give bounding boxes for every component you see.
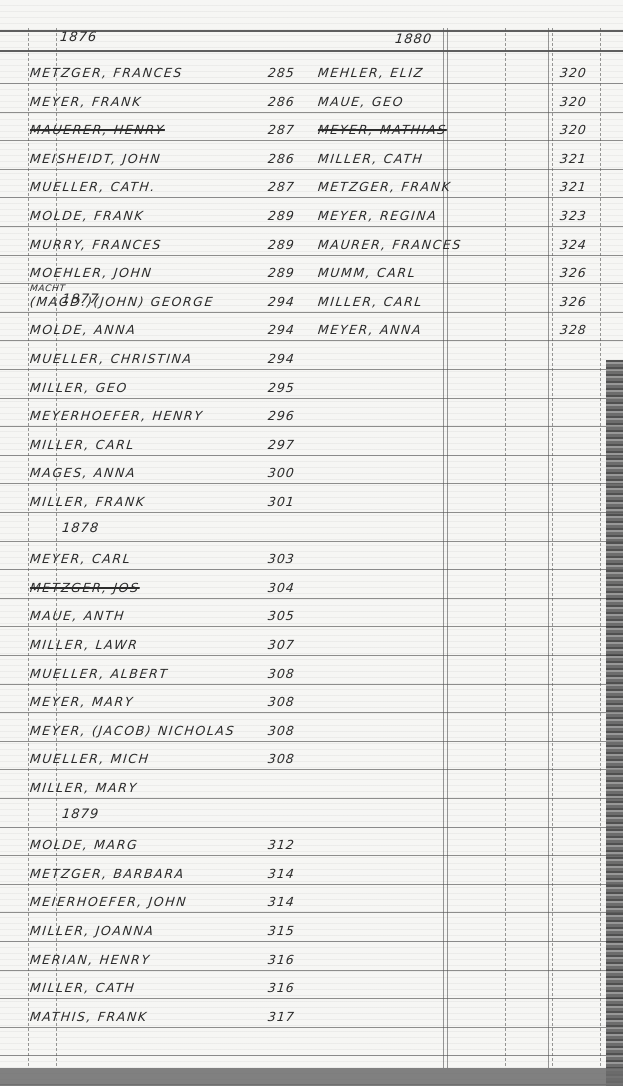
right-header-year: 1880 xyxy=(394,32,433,47)
entry-number: 305 xyxy=(267,608,295,623)
ruled-line xyxy=(0,941,623,942)
left-header-year: 1876 xyxy=(59,30,98,45)
entry-number: 307 xyxy=(267,637,295,652)
entry-number: 295 xyxy=(267,380,295,395)
entry-name-note: MACHT xyxy=(29,284,66,294)
register-page: 1876 1880 METZGER, FRANCES285MEYER, FRAN… xyxy=(0,0,623,1086)
entry-name: MURRY, FRANCES xyxy=(29,237,163,252)
entry-number: 294 xyxy=(267,322,295,337)
entry-name: MILLER, JOANNA xyxy=(29,923,155,938)
ruled-line xyxy=(0,312,623,313)
ruled-line xyxy=(0,712,623,713)
entry-name: MEYER, MATHIAS xyxy=(317,122,447,137)
entry-number: 287 xyxy=(267,122,295,137)
entry-name: MOLDE, ANNA xyxy=(29,322,137,337)
ruled-line xyxy=(0,112,623,113)
entry-name: MOLDE, MARG xyxy=(29,837,139,852)
ruled-line xyxy=(0,684,623,685)
ruled-line xyxy=(0,398,623,399)
entry-name: MILLER, GEO xyxy=(29,380,129,395)
ruled-line xyxy=(0,1055,623,1056)
entry-name: (MAGD.)(JOHN) GEORGE xyxy=(29,294,215,309)
entry-number: 286 xyxy=(267,151,295,166)
ruled-line xyxy=(0,255,623,256)
entry-name: MUELLER, MICH xyxy=(29,751,150,766)
entry-number: 320 xyxy=(559,65,587,80)
ruled-line xyxy=(0,626,623,627)
rule-header xyxy=(0,50,623,52)
entry-name: MUELLER, CHRISTINA xyxy=(29,351,193,366)
entry-name: MEHLER, ELIZ xyxy=(317,65,424,80)
entry-number: 289 xyxy=(267,237,295,252)
entry-number: 324 xyxy=(559,237,587,252)
entry-name: MILLER, CARL xyxy=(317,294,424,309)
ruled-line xyxy=(0,598,623,599)
column-line xyxy=(28,28,29,1068)
entry-number: 328 xyxy=(559,322,587,337)
ruled-line xyxy=(0,512,623,513)
entry-name: MEYER, CARL xyxy=(29,551,132,566)
page-edge-shadow xyxy=(606,360,623,1086)
entry-number: 321 xyxy=(559,179,587,194)
entry-number: 301 xyxy=(267,494,295,509)
entry-number: 286 xyxy=(267,94,295,109)
entry-number: 321 xyxy=(559,151,587,166)
ruled-line xyxy=(0,455,623,456)
entry-number: 320 xyxy=(559,122,587,137)
entry-number: 314 xyxy=(267,866,295,881)
entry-name: MILLER, FRANK xyxy=(29,494,146,509)
entry-number: 297 xyxy=(267,437,295,452)
ruled-line xyxy=(0,1027,623,1028)
ruled-line xyxy=(0,827,623,828)
ruled-line xyxy=(0,655,623,656)
entry-name: MAUERER, HENRY xyxy=(29,122,166,137)
ruled-line xyxy=(0,541,623,542)
entry-name: MILLER, MARY xyxy=(29,780,138,795)
ruled-line xyxy=(0,226,623,227)
entry-name: MAUE, ANTH xyxy=(29,608,126,623)
entry-number: 294 xyxy=(267,294,295,309)
entry-name: METZGER, FRANK xyxy=(317,179,452,194)
year-heading: 1879 xyxy=(61,807,100,822)
entry-number: 317 xyxy=(267,1009,295,1024)
entry-number: 308 xyxy=(267,723,295,738)
entry-number: 326 xyxy=(559,294,587,309)
entry-name: METZGER, FRANCES xyxy=(29,65,184,80)
year-heading: 1878 xyxy=(61,521,100,536)
ruled-line xyxy=(0,998,623,999)
entry-name: MEYER, (JACOB) NICHOLAS xyxy=(29,723,236,738)
entry-name: MILLER, CARL xyxy=(29,437,136,452)
entry-number: 308 xyxy=(267,751,295,766)
ruled-line xyxy=(0,769,623,770)
entry-number: 312 xyxy=(267,837,295,852)
column-line xyxy=(548,28,549,1068)
entry-name: MAGES, ANNA xyxy=(29,465,137,480)
column-line xyxy=(505,28,506,1068)
entry-number: 294 xyxy=(267,351,295,366)
entry-number: 316 xyxy=(267,952,295,967)
entry-name: MUELLER, ALBERT xyxy=(29,666,169,681)
entry-number: 289 xyxy=(267,208,295,223)
ruled-line xyxy=(0,741,623,742)
column-line xyxy=(600,28,601,1068)
entry-name: MILLER, CATH xyxy=(29,980,136,995)
entry-name: MOEHLER, JOHN xyxy=(29,265,153,280)
entry-name: METZGER, JOS xyxy=(29,580,140,595)
entry-name: MEIERHOEFER, JOHN xyxy=(29,894,188,909)
entry-name: MEYER, ANNA xyxy=(317,322,423,337)
entry-number: 287 xyxy=(267,179,295,194)
entry-number: 326 xyxy=(559,265,587,280)
entry-name: MOLDE, FRANK xyxy=(29,208,145,223)
entry-number: 320 xyxy=(559,94,587,109)
ruled-line xyxy=(0,283,623,284)
ruled-line xyxy=(0,340,623,341)
entry-name: MUELLER, CATH. xyxy=(29,179,157,194)
entry-number: 285 xyxy=(267,65,295,80)
entry-number: 323 xyxy=(559,208,587,223)
entry-number: 315 xyxy=(267,923,295,938)
entry-number: 296 xyxy=(267,408,295,423)
entry-number: 300 xyxy=(267,465,295,480)
entry-name: MILLER, CATH xyxy=(317,151,424,166)
entry-name: MEYER, MARY xyxy=(29,694,135,709)
ruled-line xyxy=(0,140,623,141)
ruled-line xyxy=(0,483,623,484)
entry-name: MILLER, LAWR xyxy=(29,637,139,652)
column-line xyxy=(552,28,553,1068)
ruled-line xyxy=(0,369,623,370)
entry-name: METZGER, BARBARA xyxy=(29,866,185,881)
entry-name: MEYER, FRANK xyxy=(29,94,143,109)
entry-name: MAUE, GEO xyxy=(317,94,405,109)
entry-number: 314 xyxy=(267,894,295,909)
entry-number: 289 xyxy=(267,265,295,280)
ruled-line xyxy=(0,798,623,799)
entry-number: 303 xyxy=(267,551,295,566)
ruled-line xyxy=(0,569,623,570)
entry-name: MEISHEIDT, JOHN xyxy=(29,151,162,166)
entry-name: MERIAN, HENRY xyxy=(29,952,151,967)
ruled-line xyxy=(0,855,623,856)
ruled-line xyxy=(0,426,623,427)
ruled-line xyxy=(0,169,623,170)
entry-number: 304 xyxy=(267,580,295,595)
ruled-line xyxy=(0,83,623,84)
entry-name: MATHIS, FRANK xyxy=(29,1009,148,1024)
page-bottom-shadow xyxy=(0,1068,623,1086)
ruled-line xyxy=(0,970,623,971)
entry-name: MAURER, FRANCES xyxy=(317,237,463,252)
ruled-line xyxy=(0,884,623,885)
entry-name: MUMM, CARL xyxy=(317,265,417,280)
ruled-line xyxy=(0,912,623,913)
entry-number: 308 xyxy=(267,694,295,709)
entry-number: 308 xyxy=(267,666,295,681)
entry-name: MEYER, REGINA xyxy=(317,208,438,223)
ruled-line xyxy=(0,197,623,198)
entry-name: MEYERHOEFER, HENRY xyxy=(29,408,204,423)
entry-number: 316 xyxy=(267,980,295,995)
